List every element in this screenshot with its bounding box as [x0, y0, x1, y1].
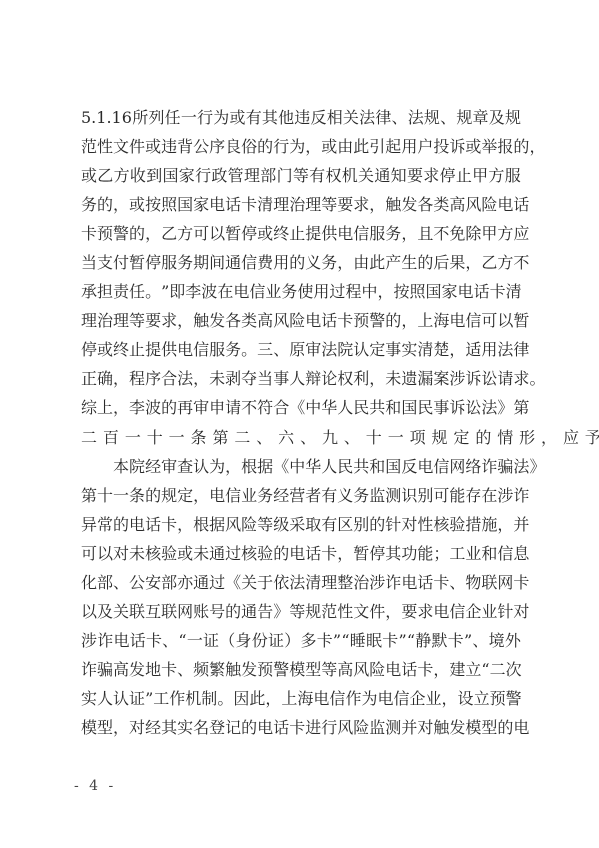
text-line: 5.1.16 所列任一行为或有其他违反相关法律、法规、规章及规	[81, 103, 521, 132]
text-line: 本院经审查认为，根据《中华人民共和国反电信网络诈骗法》	[81, 452, 521, 481]
text-line: 综上，李波的再审申请不符合《中华人民共和国民事诉讼法》第	[81, 393, 521, 422]
text-line: 化部、公安部亦通过《关于依法清理整治涉诈电话卡、物联网卡	[81, 568, 521, 597]
text-line: 涉诈电话卡、“一证（身份证）多卡”“睡眠卡”“静默卡”、境外	[81, 626, 521, 655]
text-line: 第十一条的规定，电信业务经营者有义务监测识别可能存在涉诈	[81, 481, 521, 510]
text-line: 停或终止提供电信服务。三、原审法院认定事实清楚，适用法律	[81, 335, 521, 364]
text-line: 或乙方收到国家行政管理部门等有权机关通知要求停止甲方服	[81, 161, 521, 190]
text-line: 理治理等要求，触发各类高风险电话卡预警的，上海电信可以暂	[81, 306, 521, 335]
text-line: 以及关联互联网账号的通告》等规范性文件，要求电信企业针对	[81, 597, 521, 626]
text-line: 当支付暂停服务期间通信费用的义务，由此产生的后果，乙方不	[81, 248, 521, 277]
text-line: 实人认证”工作机制。因此，上海电信作为电信企业，设立预警	[81, 684, 521, 713]
text-line: 二百一十一条第二、六、九、十一项规定的情形，应予驳回。	[81, 423, 521, 452]
text-line: 务的，或按照国家电话卡清理治理等要求，触发各类高风险电话	[81, 190, 521, 219]
text-line: 承担责任。”即李波在电信业务使用过程中，按照国家电话卡清	[81, 277, 521, 306]
text-line: 诈骗高发地卡、频繁触发预警模型等高风险电话卡，建立“二次	[81, 655, 521, 684]
text-line: 模型，对经其实名登记的电话卡进行风险监测并对触发模型的电	[81, 713, 521, 742]
text-line: 正确，程序合法，未剥夺当事人辩论权利，未遗漏案涉诉讼请求。	[81, 364, 521, 393]
text-line: 范性文件或违背公序良俗的行为，或由此引起用户投诉或举报的，	[81, 132, 521, 161]
document-body: 5.1.16 所列任一行为或有其他违反相关法律、法规、规章及规范性文件或违背公序…	[81, 103, 521, 742]
text-line: 卡预警的，乙方可以暂停或终止提供电信服务，且不免除甲方应	[81, 219, 521, 248]
page-number: - 4 -	[74, 778, 116, 794]
document-page: 5.1.16 所列任一行为或有其他违反相关法律、法规、规章及规范性文件或违背公序…	[0, 0, 599, 848]
text-line: 可以对未核验或未通过核验的电话卡，暂停其功能；工业和信息	[81, 539, 521, 568]
text-line: 异常的电话卡，根据风险等级采取有区别的针对性核验措施，并	[81, 510, 521, 539]
